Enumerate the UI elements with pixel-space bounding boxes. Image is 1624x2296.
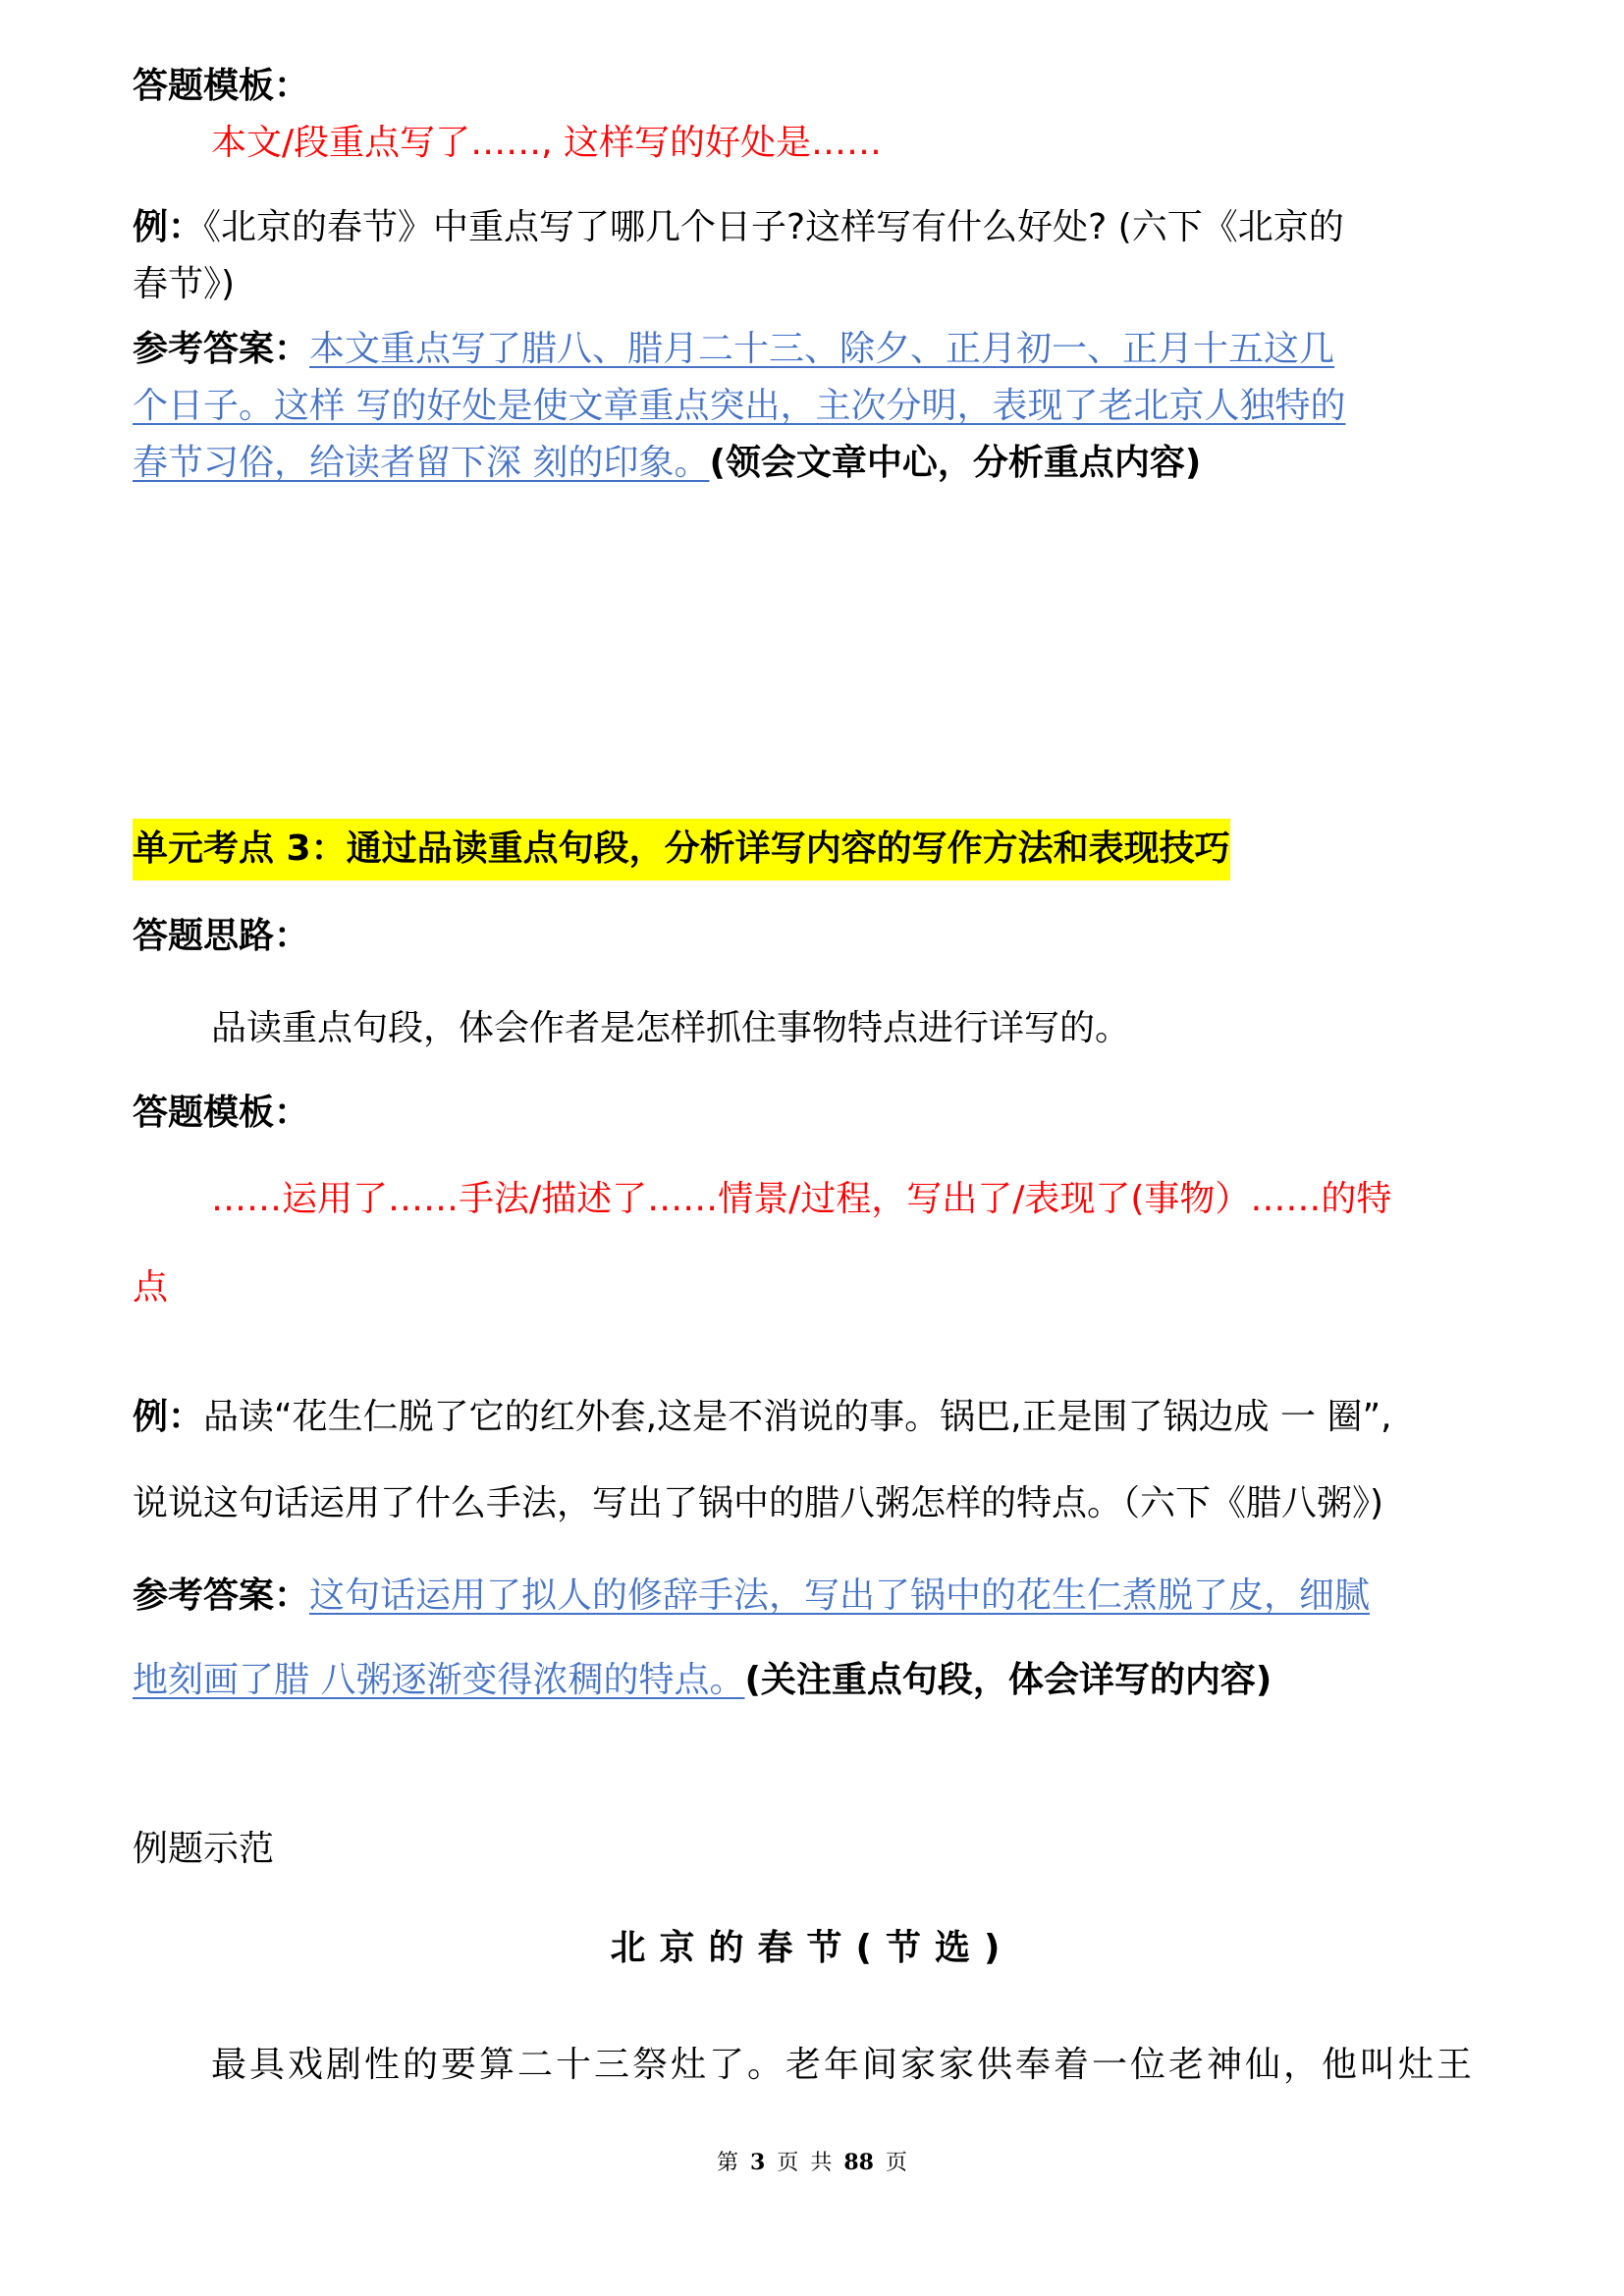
approach-heading: 答题思路： [133,915,309,958]
template-text-b-line1: ……运用了……手法/描述了……情景/过程，写出了/表现了(事物）……的特 [211,1178,1391,1221]
example-demo-heading: 例题示范 [133,1828,274,1871]
passage-line: 最具戏剧性的要算二十三祭灶了。老年间家家供奉着一位老神仙，他叫灶王 [211,2044,1475,2087]
example-question-text: 品读“花生仁脱了它的红外套,这是不消说的事。锅巴,正是围了锅边成 一 圈”, [203,1397,1392,1437]
answer-text[interactable]: 个日子。这样 写的好处是使文章重点突出，主次分明，表现了老北京人独特的 [133,386,1345,426]
passage-title: 北京的春节(节选) [0,1920,1624,1970]
approach-text: 品读重点句段，体会作者是怎样抓住事物特点进行详写的。 [211,1007,1130,1050]
answer-a-line2: 个日子。这样 写的好处是使文章重点突出，主次分明，表现了老北京人独特的 [133,385,1345,428]
answer-label: 参考答案： [133,1575,309,1616]
document-page: 答题模板： 本文/段重点写了……, 这样写的好处是…… 例：《北京的春节》中重点… [0,0,1624,2296]
template-text-b-line2: 点 [133,1266,168,1309]
unit-heading-highlight: 单元考点 3：通过品读重点句段，分析详写内容的写作方法和表现技巧 [133,819,1230,881]
template-text-a: 本文/段重点写了……, 这样写的好处是…… [211,122,882,165]
unit-heading: 单元考点 3：通过品读重点句段，分析详写内容的写作方法和表现技巧 [133,828,1230,871]
footer-total-prefix: 共 [810,2151,832,2175]
example-question-b-line1: 例：品读“花生仁脱了它的红外套,这是不消说的事。锅巴,正是围了锅边成 一 圈”, [133,1396,1392,1439]
answer-text[interactable]: 春节习俗，给读者留下深 刻的印象。 [133,443,709,483]
example-label: 例： [133,1397,203,1437]
answer-text[interactable]: 这句话运用了拟人的修辞手法，写出了锅中的花生仁煮脱了皮，细腻 [309,1575,1370,1616]
current-page-number: 3 [750,2150,765,2175]
example-question-a-line1: 例：《北京的春节》中重点写了哪几个日子?这样写有什么好处? (六下《北京的 [133,206,1344,249]
total-pages-number: 88 [843,2150,874,2175]
template-heading-b: 答题模板： [133,1092,309,1135]
answer-note: (领会文章中心，分析重点内容) [709,443,1201,483]
page-footer: 第3页共88页 [0,2146,1624,2176]
example-question-a-line2: 春节》) [133,263,235,306]
answer-text[interactable]: 本文重点写了腊八、腊月二十三、除夕、正月初一、正月十五这几 [309,329,1334,369]
answer-note: (关注重点句段，体会详写的内容) [744,1660,1272,1700]
answer-b-line2: 地刻画了腊 八粥逐渐变得浓稠的特点。(关注重点句段，体会详写的内容) [133,1659,1272,1702]
footer-suffix: 页 [886,2151,907,2175]
footer-page-word: 页 [777,2151,798,2175]
answer-label: 参考答案： [133,329,309,369]
answer-a-line3: 春节习俗，给读者留下深 刻的印象。(领会文章中心，分析重点内容) [133,442,1201,485]
example-question-b-line2: 说说这句话运用了什么手法，写出了锅中的腊八粥怎样的特点。（六下《腊八粥》) [133,1482,1383,1525]
example-question-text: 《北京的春节》中重点写了哪几个日子?这样写有什么好处? (六下《北京的 [203,207,1344,247]
answer-a-line1: 参考答案：本文重点写了腊八、腊月二十三、除夕、正月初一、正月十五这几 [133,328,1334,371]
template-heading-a: 答题模板： [133,65,309,108]
example-label: 例： [133,207,203,247]
footer-prefix: 第 [717,2151,738,2175]
answer-b-line1: 参考答案：这句话运用了拟人的修辞手法，写出了锅中的花生仁煮脱了皮，细腻 [133,1575,1370,1618]
answer-text[interactable]: 地刻画了腊 八粥逐渐变得浓稠的特点。 [133,1660,744,1700]
